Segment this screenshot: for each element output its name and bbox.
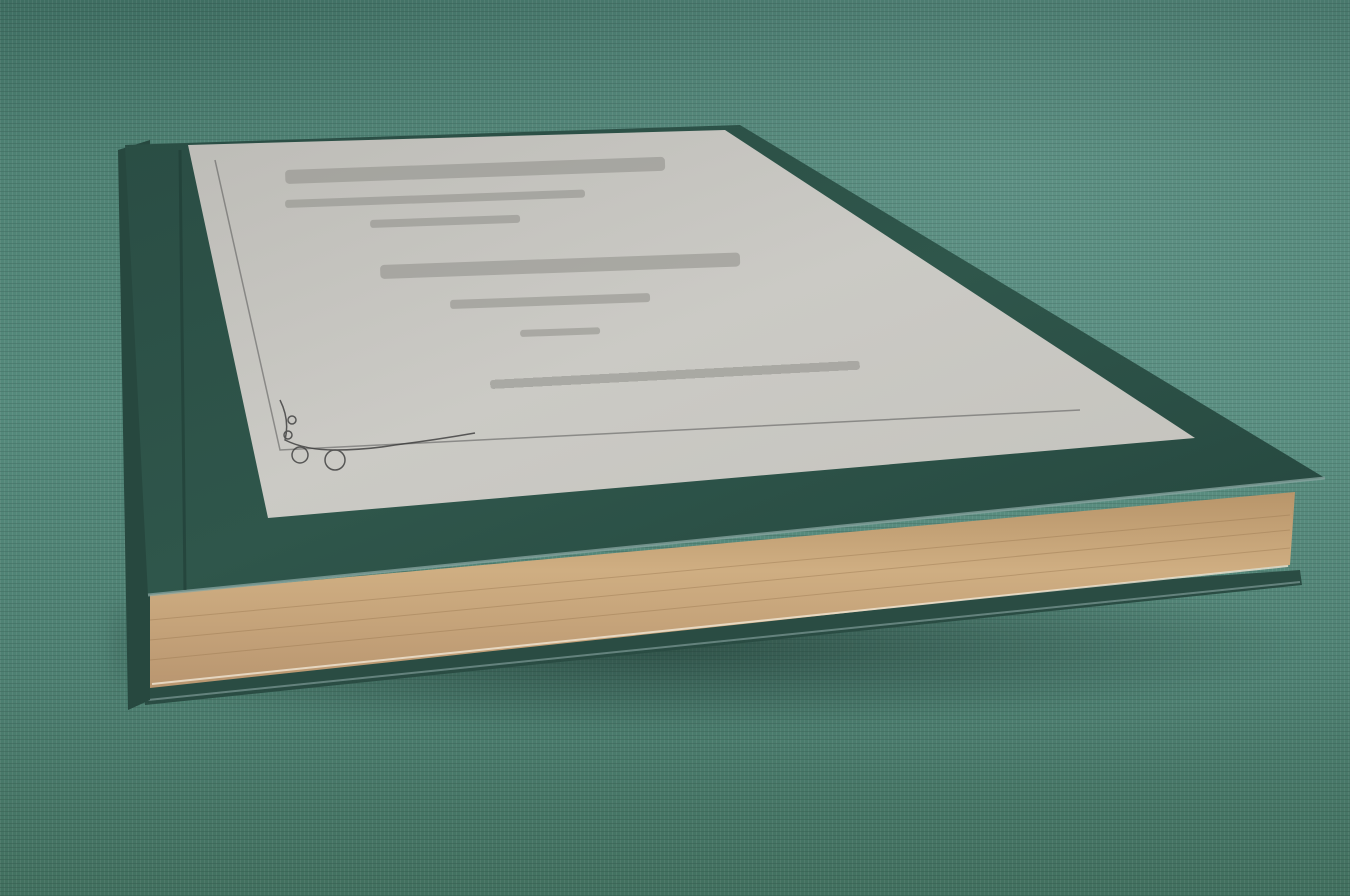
book [0,0,1350,896]
